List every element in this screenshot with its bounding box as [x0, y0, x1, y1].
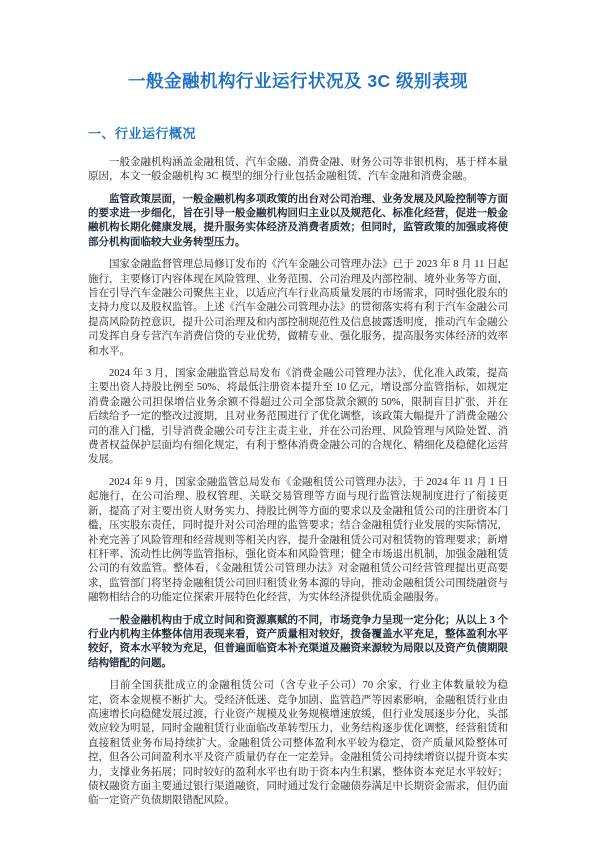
- paragraph-7: 目前全国获批成立的金融租赁公司（含专业子公司）70 余家，行业主体数量较为稳定，…: [88, 679, 508, 809]
- document-body: 一般金融机构涵盖金融租赁、汽车金融、消费金融、财务公司等非银机构，基于样本量原因…: [88, 156, 508, 809]
- document-page: 一般金融机构行业运行状况及 3C 级别表现 一、行业运行概况 一般金融机构涵盖金…: [0, 0, 595, 841]
- section-heading-industry-overview: 一、行业运行概况: [88, 123, 508, 142]
- paragraph-3: 国家金融监督管理总局修订发布的《汽车金融公司管理办法》已于 2023 年 8 月…: [88, 258, 508, 359]
- paragraph-4: 2024 年 3 月，国家金融监管总局发布《消费金融公司管理办法》，优化准入政策…: [88, 367, 508, 468]
- paragraph-2: 监管政策层面，一般金融机构多项政策的出台对公司治理、业务发展及风险控制等方面的要…: [88, 193, 508, 251]
- paragraph-5: 2024 年 9 月，国家金融监管总局发布《金融租赁公司管理办法》，于 2024…: [88, 476, 508, 606]
- document-title: 一般金融机构行业运行状况及 3C 级别表现: [88, 70, 508, 93]
- paragraph-1: 一般金融机构涵盖金融租赁、汽车金融、消费金融、财务公司等非银机构，基于样本量原因…: [88, 156, 508, 185]
- paragraph-6: 一般金融机构由于成立时间和资源禀赋的不同，市场竞争力呈现一定分化；从以上 3 个…: [88, 614, 508, 672]
